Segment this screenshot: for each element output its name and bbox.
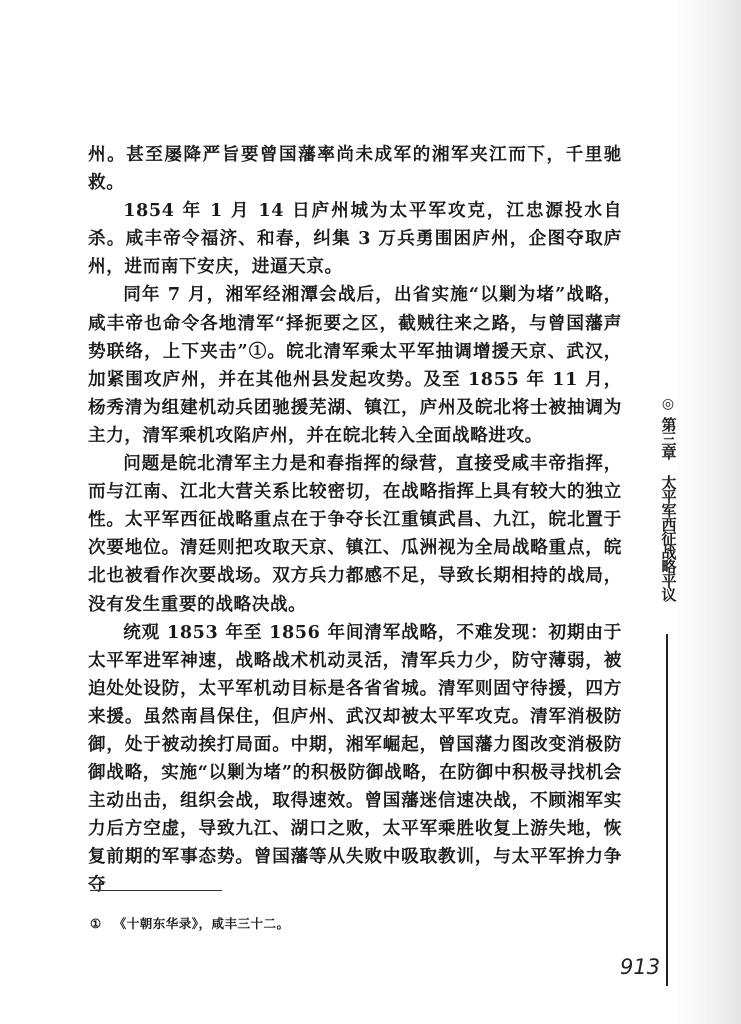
margin-rule (666, 634, 668, 986)
paragraph: 1854 年 1 月 14 日庐州城为太平军攻克，江忠源投水自杀。咸丰帝令福济、… (88, 197, 622, 281)
chapter-title: 太平军西征战略平议 (660, 475, 677, 601)
ornament-icon: ◎ (662, 396, 674, 413)
page-number: 913 (620, 955, 660, 979)
paragraph: 统观 1853 年至 1856 年间清军战略，不难发现：初期由于太平军进军神速，… (88, 619, 622, 900)
footnote-divider (90, 890, 222, 891)
page-edge-shadow (671, 0, 741, 1024)
running-header: ◎ 第三章 太平军西征战略平议 (657, 396, 679, 601)
footnote: ①《十朝东华录》，咸丰三十二。 (90, 914, 289, 932)
footnote-text: 《十朝东华录》，咸丰三十二。 (114, 916, 290, 931)
footnote-mark: ① (90, 916, 102, 931)
paragraph: 州。甚至屡降严旨要曾国藩率尚未成军的湘军夹江而下，千里驰救。 (88, 141, 622, 197)
paragraph: 问题是皖北清军主力是和春指挥的绿营，直接受咸丰帝指挥，而与江南、江北大营关系比较… (88, 450, 622, 619)
paragraph: 同年 7 月，湘军经湘潭会战后，出省实施“以剿为堵”战略，咸丰帝也命令各地清军“… (88, 281, 622, 450)
body-text: 州。甚至屡降严旨要曾国藩率尚未成军的湘军夹江而下，千里驰救。 1854 年 1 … (88, 141, 622, 900)
chapter-label: 第三章 (660, 417, 677, 459)
